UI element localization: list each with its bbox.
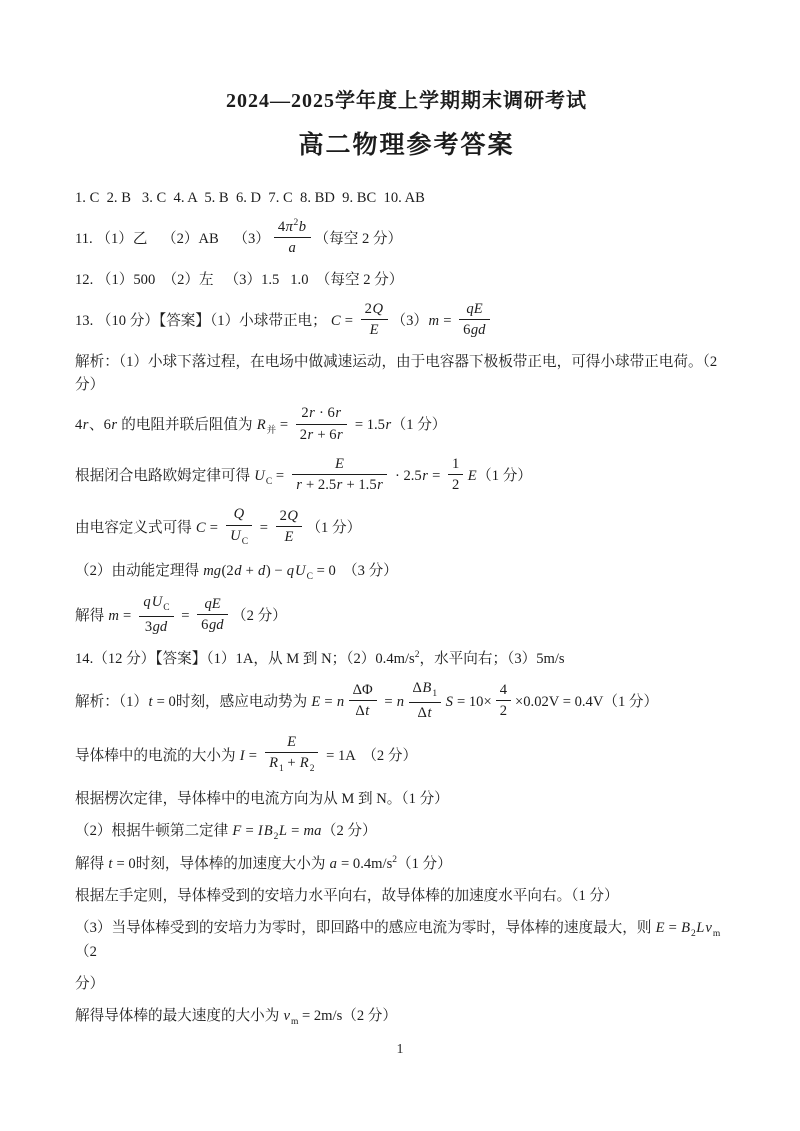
text-segment: = — [276, 417, 292, 433]
text-segment: （1 分） — [397, 856, 452, 872]
subscript: 2 — [690, 929, 695, 939]
q14-max-speed-condition: （3）当导体棒受到的安培力为零时，即回路中的感应电流为零时，导体棒的速度最大，则… — [75, 917, 739, 964]
text-segment: 12. （1）500 （2）左 （3）1.5 1.0 （每空 2 分） — [75, 272, 403, 288]
text-segment: = 0时刻，感应电动势为 — [153, 694, 311, 710]
text-segment: （每空 2 分） — [315, 231, 403, 247]
text-segment: Δ — [355, 703, 364, 719]
text-segment: = — [321, 694, 337, 710]
q13-energy-theorem: （2）由动能定理得 mg(2d + d) − qUC = 0 （3 分） — [75, 560, 739, 585]
math-variable: B — [422, 680, 432, 696]
math-variable: q — [286, 563, 294, 579]
q11-answer-line: 11. （1）乙 （2）AB （3）4π2ba（每空 2 分） — [75, 219, 739, 260]
math-variable: U — [151, 594, 163, 610]
math-variable: C — [195, 520, 206, 536]
math-variable: Q — [287, 508, 299, 524]
text-segment: 解得 — [75, 608, 108, 624]
text-segment: ) − — [266, 563, 286, 579]
text-segment: 2 — [301, 405, 308, 421]
text-segment: （2 — [75, 944, 97, 960]
math-variable: L — [278, 823, 287, 839]
text-segment: 1 — [452, 456, 459, 472]
text-segment: = — [206, 520, 222, 536]
fraction-numerator: 2Q — [276, 507, 303, 527]
math-variable: r — [377, 477, 384, 493]
text-segment: 分） — [75, 976, 104, 992]
text-segment: = — [381, 694, 397, 710]
text-segment: ΔΦ — [353, 682, 373, 698]
answer-content: 1. C 2. B 3. C 4. A 5. B 6. D 7. C 8. BD… — [75, 187, 739, 1029]
subscripted-variable: B2 — [263, 823, 278, 839]
text-segment: （2 分） — [232, 608, 287, 624]
text-segment: 导体棒中的电流的大小为 — [75, 748, 239, 764]
q14-max-speed-result: 解得导体棒的最大速度的大小为 vm = 2m/s（2 分） — [75, 1005, 739, 1030]
fraction-denominator: UC — [226, 526, 252, 549]
text-segment: 由电容定义式可得 — [75, 520, 195, 536]
q12-answer-line: 12. （1）500 （2）左 （3）1.5 1.0 （每空 2 分） — [75, 269, 739, 292]
math-variable: d — [258, 563, 266, 579]
fraction-numerator: 1 — [448, 455, 463, 475]
math-variable: C — [330, 313, 341, 329]
math-variable: E — [311, 694, 321, 710]
math-variable: gd — [470, 322, 486, 338]
math-variable: r — [296, 477, 303, 493]
math-variable: m — [428, 313, 440, 329]
text-segment: · 2.5 — [391, 468, 421, 484]
text-segment: Δ — [413, 680, 422, 696]
q14-current: 导体棒中的电流的大小为 I = ER1 + R2 = 1A （2 分） — [75, 734, 739, 779]
math-variable: m — [108, 608, 120, 624]
fraction-numerator: 4π2b — [274, 218, 311, 238]
q13-solve-mass: 解得 m = qUC3gd = qE6gd（2 分） — [75, 594, 739, 639]
text-segment: 解得 — [75, 856, 108, 872]
document-page: 2024—2025学年度上学期期末调研考试 高二物理参考答案 1. C 2. B… — [0, 0, 800, 1131]
text-segment: 的电阻并联后阻值为 — [118, 417, 257, 433]
math-variable: π — [285, 219, 293, 235]
math-fraction: Er + 2.5r + 1.5r — [292, 455, 388, 494]
fraction-denominator: 2 — [448, 475, 463, 494]
math-variable: mg — [203, 563, 222, 579]
fraction-numerator: ΔB1 — [409, 679, 442, 703]
math-fraction: 2QE — [276, 507, 303, 546]
fraction-denominator: a — [274, 238, 311, 257]
math-variable: b — [298, 219, 306, 235]
math-variable: qE — [204, 596, 221, 612]
fraction-denominator: 2r + 6r — [296, 425, 348, 444]
math-fraction: ER1 + R2 — [265, 733, 319, 776]
math-fraction: 2QE — [361, 300, 388, 339]
text-segment: （1 分） — [306, 520, 361, 536]
subscripted-variable: R2 — [299, 755, 314, 771]
text-segment: （2）由动能定理得 — [75, 563, 203, 579]
text-segment: （2 分） — [322, 823, 377, 839]
math-variable: F — [232, 823, 242, 839]
math-fraction: ΔB1Δt — [409, 679, 442, 722]
q13-answer-line: 13. （10 分）【答案】（1）小球带正电； C = 2QE（3）m = qE… — [75, 301, 739, 342]
math-variable: B — [681, 920, 691, 936]
text-segment: 11. （1）乙 （2）AB （3） — [75, 231, 270, 247]
subscript: C — [306, 572, 313, 582]
subscripted-variable: R并 — [256, 417, 276, 433]
math-variable: r — [335, 405, 342, 421]
math-fraction: 2r · 6r2r + 6r — [296, 404, 348, 443]
subscripted-variable: UC — [254, 468, 272, 484]
exam-title: 2024—2025学年度上学期期末调研考试 — [75, 84, 738, 113]
fraction-numerator: 2r · 6r — [296, 404, 348, 424]
math-variable: t — [427, 705, 432, 721]
subscripted-variable: UC — [151, 594, 169, 610]
fraction-denominator: 2 — [496, 701, 511, 720]
text-segment: + — [284, 755, 300, 771]
math-variable: U — [230, 528, 242, 544]
fraction-numerator: qE — [197, 595, 228, 615]
fraction-denominator: E — [361, 320, 388, 339]
text-segment: = 0.4m/s — [337, 856, 392, 872]
math-fraction: QUC — [226, 505, 252, 548]
math-fraction: ΔΦΔt — [349, 681, 377, 720]
text-segment: = 0时刻，导体棒的加速度大小为 — [113, 856, 329, 872]
math-variable: r — [82, 417, 89, 433]
math-variable: R — [256, 417, 266, 433]
fraction-numerator: Q — [226, 505, 252, 525]
fraction-denominator: Δt — [409, 703, 442, 722]
text-segment: = — [428, 468, 444, 484]
text-segment: + — [242, 563, 258, 579]
text-segment: （1 分） — [477, 468, 532, 484]
text-segment: 4 — [500, 682, 507, 698]
q13-explain-step1: 解析：（1）小球下落过程，在电场中做减速运动，由于电容器下极板带正电，可得小球带… — [75, 351, 739, 396]
text-segment: （2）根据牛顿第二定律 — [75, 823, 232, 839]
subscripted-variable: UC — [230, 528, 248, 544]
q14-left-hand-rule: 根据左手定则，导体棒受到的安培力水平向右，故导体棒的加速度水平向右。（1 分） — [75, 885, 739, 908]
math-variable: t — [365, 703, 370, 719]
subscripted-variable: B2 — [681, 920, 696, 936]
math-fraction: 4π2ba — [274, 218, 311, 257]
math-variable: r — [385, 417, 392, 433]
subscript: 2 — [309, 764, 314, 774]
math-variable: E — [287, 734, 297, 750]
math-variable: Q — [233, 506, 245, 522]
q13-ohm-law: 根据闭合电路欧姆定律可得 UC = Er + 2.5r + 1.5r · 2.5… — [75, 456, 739, 497]
math-variable: E — [335, 456, 345, 472]
text-segment: = — [665, 920, 681, 936]
q14-newton-second-law: （2）根据牛顿第二定律 F = IB2L = ma（2 分） — [75, 820, 739, 845]
text-segment: 解得导体棒的最大速度的大小为 — [75, 1008, 283, 1024]
math-variable: qE — [466, 301, 483, 317]
text-segment: = — [440, 313, 456, 329]
math-variable: gd — [208, 617, 224, 633]
text-segment: (2 — [222, 563, 234, 579]
subscripted-variable: UC — [295, 563, 313, 579]
math-fraction: qE6gd — [459, 300, 490, 339]
text-segment: 解析：（1）小球下落过程，在电场中做减速运动，由于电容器下极板带正电，可得小球带… — [75, 354, 721, 393]
text-segment: （3）当导体棒受到的安培力为零时，即回路中的感应电流为零时，导体棒的速度最大，则 — [75, 920, 655, 936]
text-segment: + 6 — [314, 427, 337, 443]
q14-lenz-law: 根据楞次定律，导体棒中的电流方向为从 M 到 N。（1 分） — [75, 788, 739, 811]
text-segment: = 0 （3 分） — [313, 563, 398, 579]
fraction-numerator: 4 — [496, 681, 511, 701]
math-variable: E — [369, 322, 379, 338]
subscript: C — [241, 537, 248, 547]
text-segment: = 2m/s（2 分） — [298, 1008, 397, 1024]
fraction-denominator: E — [276, 527, 303, 546]
fraction-denominator: Δt — [349, 701, 377, 720]
math-fraction: qE6gd — [197, 595, 228, 634]
text-segment: （1 分） — [392, 417, 447, 433]
text-segment: · 6 — [315, 405, 334, 421]
subscripted-variable: vm — [705, 920, 720, 936]
math-variable: L — [696, 920, 705, 936]
math-variable: n — [336, 694, 344, 710]
text-segment: = 10× — [453, 694, 491, 710]
q14-emf: 解析：（1）t = 0时刻，感应电动势为 E = nΔΦΔt = nΔB1ΔtS… — [75, 680, 739, 725]
math-variable: E — [655, 920, 665, 936]
text-segment: ×0.02V = 0.4V（1 分） — [515, 694, 658, 710]
fraction-numerator: 2Q — [361, 300, 388, 320]
text-segment: = — [341, 313, 357, 329]
text-segment: 解析：（1） — [75, 694, 148, 710]
q14-acceleration: 解得 t = 0时刻，导体棒的加速度大小为 a = 0.4m/s2（1 分） — [75, 853, 739, 876]
math-variable: r — [111, 417, 118, 433]
fraction-numerator: qE — [459, 300, 490, 320]
text-segment: = — [245, 748, 261, 764]
text-segment: + 1.5 — [343, 477, 377, 493]
text-segment: 14.（12 分）【答案】（1）1A，从 M 到 N；（2）0.4m/s — [75, 651, 415, 667]
text-segment: = — [119, 608, 135, 624]
text-segment: = — [242, 823, 258, 839]
fraction-denominator: R1 + R2 — [265, 753, 319, 776]
text-segment: 、6 — [89, 417, 111, 433]
text-segment: = — [256, 520, 272, 536]
fraction-denominator: 6gd — [197, 615, 228, 634]
text-segment: 2 — [500, 703, 507, 719]
math-variable: B — [263, 823, 273, 839]
math-fraction: 12 — [448, 455, 463, 494]
text-segment: = 1.5 — [351, 417, 385, 433]
text-segment: （3） — [392, 313, 429, 329]
math-variable: R — [269, 755, 279, 771]
text-segment: = 1A （2 分） — [322, 748, 417, 764]
fraction-numerator: E — [292, 455, 388, 475]
math-variable: n — [396, 694, 404, 710]
text-segment: 根据楞次定律，导体棒中的电流方向为从 M 到 N。（1 分） — [75, 791, 449, 807]
subscript: 1 — [432, 689, 437, 699]
math-variable: U — [295, 563, 307, 579]
math-variable: U — [254, 468, 266, 484]
math-variable: R — [299, 755, 309, 771]
text-segment: 13. （10 分）【答案】（1）小球带正电； — [75, 313, 330, 329]
subscripted-variable: B1 — [422, 680, 437, 696]
q13-capacitance-definition: 由电容定义式可得 C = QUC = 2QE（1 分） — [75, 506, 739, 551]
answer-key-heading: 高二物理参考答案 — [75, 125, 738, 161]
text-segment: 2 — [452, 477, 459, 493]
math-variable: r — [337, 427, 344, 443]
text-segment: = — [288, 823, 304, 839]
text-segment: 根据闭合电路欧姆定律可得 — [75, 468, 254, 484]
fraction-numerator: qUC — [139, 593, 174, 617]
text-segment: = — [272, 468, 288, 484]
math-variable: E — [284, 529, 294, 545]
q13-parallel-resistance: 4r、6r 的电阻并联后阻值为 R并 = 2r · 6r2r + 6r = 1.… — [75, 405, 739, 446]
math-variable: r — [309, 405, 316, 421]
fraction-denominator: 6gd — [459, 320, 490, 339]
text-segment: ，水平向右；（3）5m/s — [419, 651, 564, 667]
math-variable: r — [307, 427, 314, 443]
math-variable: gd — [152, 619, 168, 635]
subscript: C — [163, 603, 170, 613]
subscript: m — [712, 929, 720, 939]
text-segment: 1. C 2. B 3. C 4. A 5. B 6. D 7. C 8. BD… — [75, 190, 425, 206]
math-fraction: 42 — [496, 681, 511, 720]
q14-max-speed-condition-wrap: 分） — [75, 973, 739, 996]
math-variable: ma — [303, 823, 322, 839]
q14-answer-line: 14.（12 分）【答案】（1）1A，从 M 到 N；（2）0.4m/s2，水平… — [75, 648, 739, 671]
choice-answers-line: 1. C 2. B 3. C 4. A 5. B 6. D 7. C 8. BD… — [75, 187, 739, 210]
fraction-numerator: ΔΦ — [349, 681, 377, 701]
fraction-denominator: 3gd — [139, 617, 174, 636]
math-variable: a — [288, 240, 296, 256]
text-segment: 根据左手定则，导体棒受到的安培力水平向右，故导体棒的加速度水平向右。（1 分） — [75, 888, 619, 904]
page-number: 1 — [0, 1042, 800, 1058]
math-fraction: qUC3gd — [139, 593, 174, 636]
fraction-denominator: r + 2.5r + 1.5r — [292, 475, 388, 494]
subscript: 并 — [266, 426, 276, 436]
math-variable: Q — [372, 301, 384, 317]
subscripted-variable: R1 — [269, 755, 284, 771]
math-variable: E — [467, 468, 477, 484]
subscripted-variable: vm — [283, 1008, 298, 1024]
fraction-numerator: E — [265, 733, 319, 753]
math-variable: d — [234, 563, 242, 579]
text-segment: = — [178, 608, 194, 624]
text-segment: + 2.5 — [302, 477, 336, 493]
